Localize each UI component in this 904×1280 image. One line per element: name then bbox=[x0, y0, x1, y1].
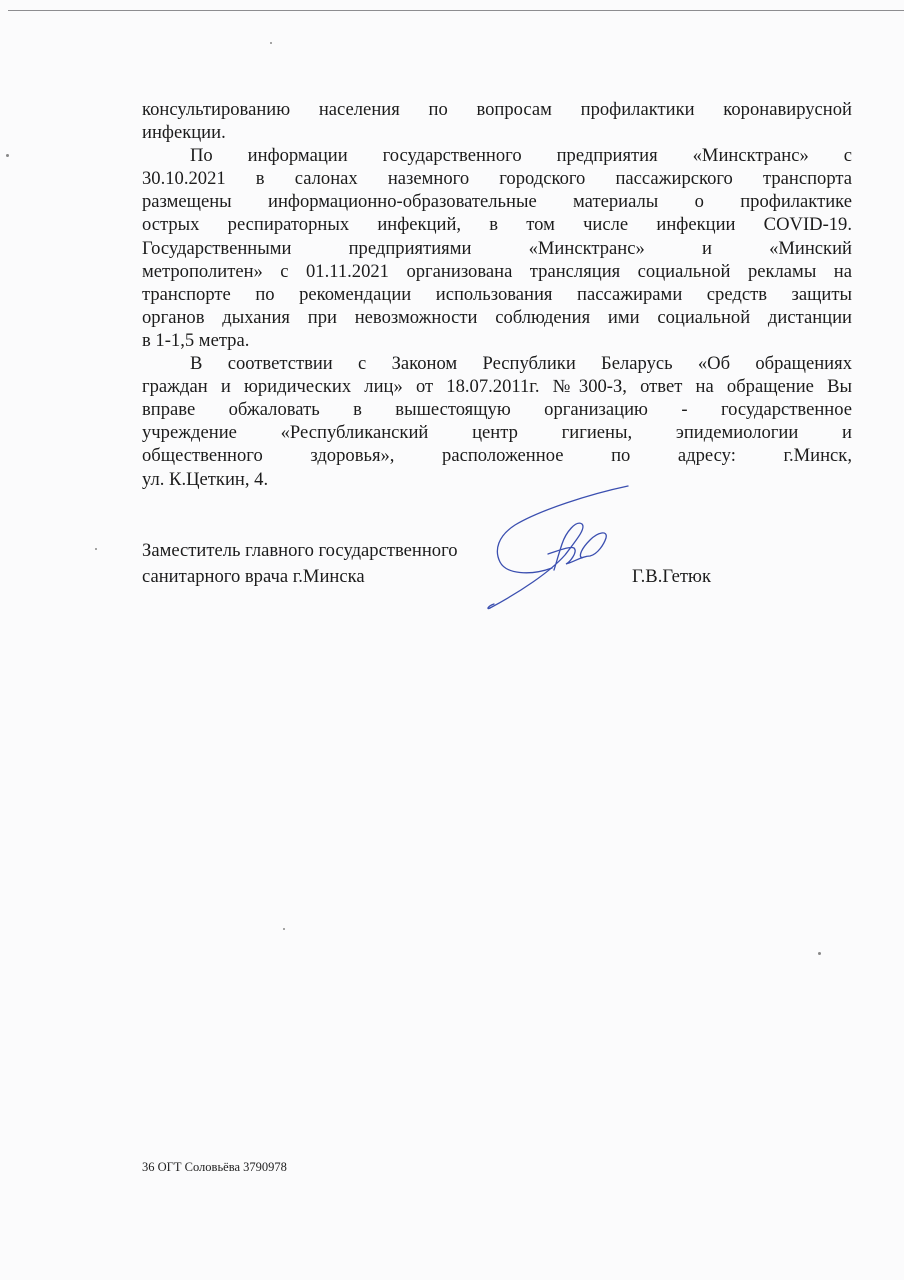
text-line: метрополитен» с 01.11.2021 организована … bbox=[142, 260, 852, 283]
scan-speck bbox=[270, 42, 272, 44]
text-line: инфекции. bbox=[142, 121, 852, 144]
paragraph-minsktrans: По информации государственного предприят… bbox=[142, 144, 852, 352]
handwritten-signature-icon bbox=[470, 480, 630, 620]
signatory-title-line1: Заместитель главного государственного bbox=[142, 540, 458, 561]
text-line: острых респираторных инфекций, в том чис… bbox=[142, 213, 852, 236]
text-line: транспорте по рекомендации использования… bbox=[142, 283, 852, 306]
text-line: учреждение «Республиканский центр гигиен… bbox=[142, 421, 852, 444]
text-line: общественного здоровья», расположенное п… bbox=[142, 444, 852, 467]
text-line: органов дыхания при невозможности соблюд… bbox=[142, 306, 852, 329]
text-line: в 1-1,5 метра. bbox=[142, 329, 852, 352]
signatory-title-line2: санитарного врача г.Минска bbox=[142, 566, 365, 587]
scan-speck bbox=[6, 154, 9, 157]
text-line: По информации государственного предприят… bbox=[142, 144, 852, 167]
text-line: граждан и юридических лиц» от 18.07.2011… bbox=[142, 375, 852, 398]
scan-speck bbox=[95, 548, 97, 550]
signatory-name: Г.В.Гетюк bbox=[632, 564, 711, 590]
text-line: вправе обжаловать в вышестоящую организа… bbox=[142, 398, 852, 421]
text-line: В соответствии с Законом Республики Бела… bbox=[142, 352, 852, 375]
footer-executor-note: 36 ОГТ Соловьёва 3790978 bbox=[142, 1160, 287, 1175]
scan-top-edge-line bbox=[8, 10, 904, 11]
paragraph-appeal-rights: В соответствии с Законом Республики Бела… bbox=[142, 352, 852, 491]
letter-body: консультированию населения по вопросам п… bbox=[142, 98, 852, 491]
text-line: Государственными предприятиями «Минсктра… bbox=[142, 237, 852, 260]
scan-speck bbox=[818, 952, 821, 955]
paragraph-1: консультированию населения по вопросам п… bbox=[142, 98, 852, 144]
text-line: консультированию населения по вопросам п… bbox=[142, 98, 852, 121]
text-line: размещены информационно-образовательные … bbox=[142, 190, 852, 213]
scan-speck bbox=[283, 928, 285, 930]
text-line: 30.10.2021 в салонах наземного городског… bbox=[142, 167, 852, 190]
